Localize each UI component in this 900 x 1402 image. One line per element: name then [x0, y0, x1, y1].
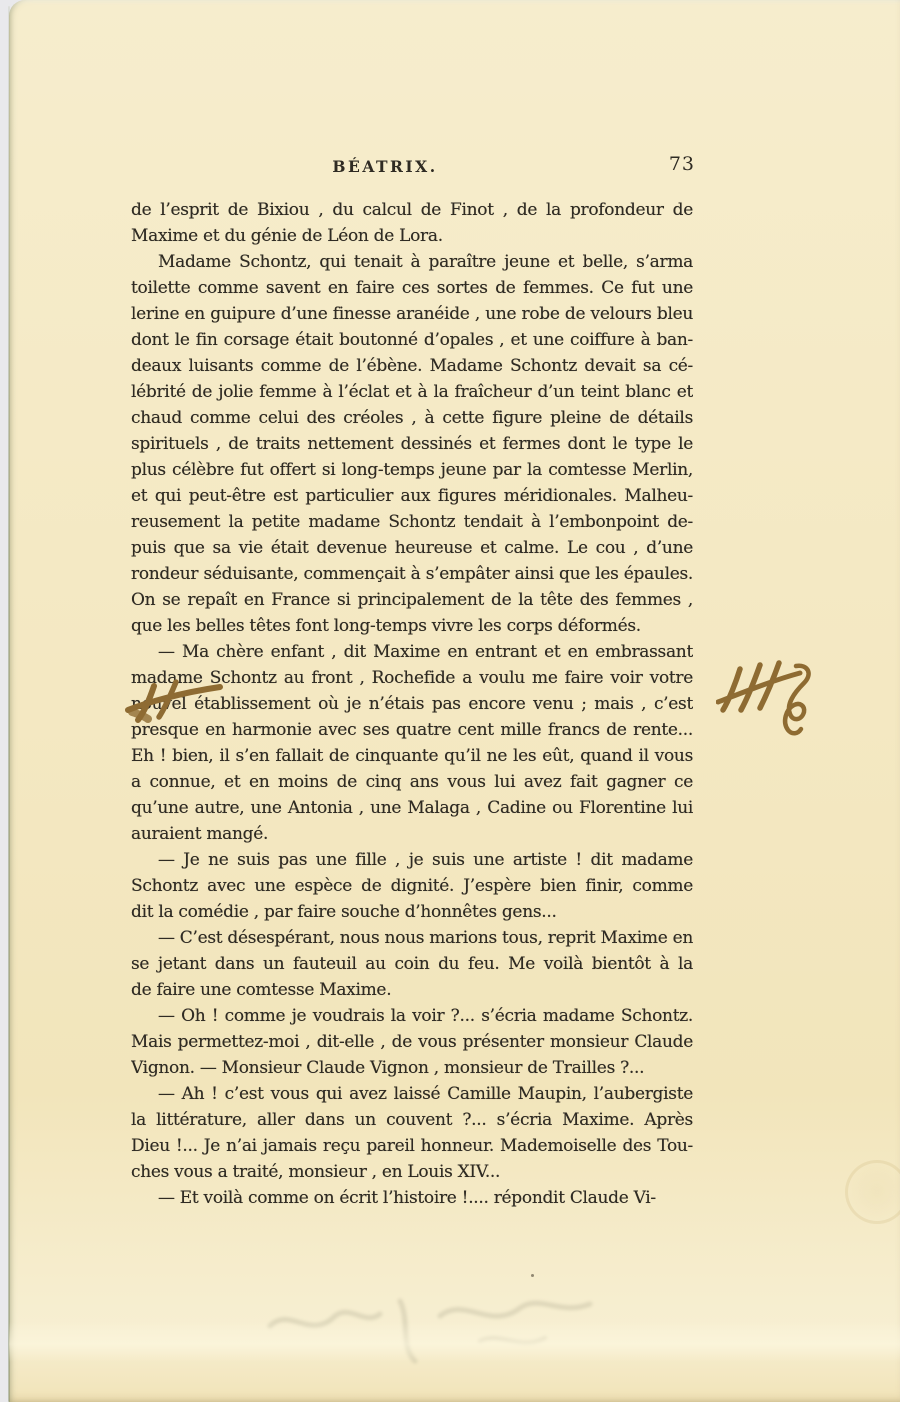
- text-line: Maxime et du génie de Léon de Lora.: [131, 223, 693, 249]
- text-line: Dieu !... Je n’ai jamais reçu pareil hon…: [131, 1133, 693, 1159]
- text-line: chaud comme celui des créoles , à cette …: [131, 405, 693, 431]
- paragraph: — Oh ! comme je voudrais la voir ?... s’…: [131, 1003, 693, 1081]
- text-line: de faire une comtesse Maxime.: [131, 977, 693, 1003]
- running-header: BÉATRIX. 73: [131, 153, 695, 185]
- text-line: — Et voilà comme on écrit l’histoire !..…: [131, 1185, 693, 1211]
- page-number: 73: [669, 153, 695, 175]
- text-line: deaux luisants comme de l’ébène. Madame …: [131, 353, 693, 379]
- text-line: qu’une autre, une Antonia , une Malaga ,…: [131, 795, 693, 821]
- text-line: se jetant dans un fauteuil au coin du fe…: [131, 951, 693, 977]
- text-line: nouvel établissement où je n’étais pas e…: [131, 691, 693, 717]
- text-line: de l’esprit de Bixiou , du calcul de Fin…: [131, 197, 693, 223]
- text-line: lerine en guipure d’une finesse aranéide…: [131, 301, 693, 327]
- text-line: — Ma chère enfant , dit Maxime en entran…: [131, 639, 693, 665]
- text-line: — Oh ! comme je voudrais la voir ?... s’…: [131, 1003, 693, 1029]
- paragraph: — Ma chère enfant , dit Maxime en entran…: [131, 639, 693, 847]
- text-line: plus célèbre fut offert si long-temps je…: [131, 457, 693, 483]
- text-line: et qui peut-être est particulier aux fig…: [131, 483, 693, 509]
- header-title: BÉATRIX.: [103, 157, 667, 176]
- text-line: Eh ! bien, il s’en fallait de cinquante …: [131, 743, 693, 769]
- paragraph: de l’esprit de Bixiou , du calcul de Fin…: [131, 197, 693, 249]
- scanned-page: BÉATRIX. 73 de l’esprit de Bixiou , du c…: [0, 0, 900, 1402]
- ink-speck: [531, 1274, 534, 1277]
- paragraph: — Ah ! c’est vous qui avez laissé Camill…: [131, 1081, 693, 1185]
- text-line: que les belles têtes font long-temps viv…: [131, 613, 693, 639]
- text-line: reusement la petite madame Schontz tenda…: [131, 509, 693, 535]
- text-line: spirituels , de traits nettement dessiné…: [131, 431, 693, 457]
- text-line: On se repaît en France si principalement…: [131, 587, 693, 613]
- paragraph: Madame Schontz, qui tenait à paraître je…: [131, 249, 693, 639]
- text-line: Madame Schontz, qui tenait à paraître je…: [131, 249, 693, 275]
- text-line: presque en harmonie avec ses quatre cent…: [131, 717, 693, 743]
- text-line: a connue, et en moins de cinq ans vous l…: [131, 769, 693, 795]
- paragraph: — C’est désespérant, nous nous marions t…: [131, 925, 693, 1003]
- text-line: lébrité de jolie femme à l’éclat et à la…: [131, 379, 693, 405]
- text-line: ches vous a traité, monsieur , en Louis …: [131, 1159, 693, 1185]
- paper-stain: [845, 1160, 900, 1224]
- text-line: — Ah ! c’est vous qui avez laissé Camill…: [131, 1081, 693, 1107]
- text-line: Schontz avec une espèce de dignité. J’es…: [131, 873, 693, 899]
- paragraph: — Et voilà comme on écrit l’histoire !..…: [131, 1185, 693, 1211]
- text-line: la littérature, aller dans un couvent ?.…: [131, 1107, 693, 1133]
- text-line: dont le fin corsage était boutonné d’opa…: [131, 327, 693, 353]
- text-line: rondeur séduisante, commençait à s’empât…: [131, 561, 693, 587]
- text-line: Mais permettez-moi , dit-elle , de vous …: [131, 1029, 693, 1055]
- text-line: toilette comme savent en faire ces sorte…: [131, 275, 693, 301]
- text-line: puis que sa vie était devenue heureuse e…: [131, 535, 693, 561]
- text-line: auraient mangé.: [131, 821, 693, 847]
- text-line: — C’est désespérant, nous nous marions t…: [131, 925, 693, 951]
- paragraph: — Je ne suis pas une fille , je suis une…: [131, 847, 693, 925]
- text-block: de l’esprit de Bixiou , du calcul de Fin…: [131, 197, 693, 1211]
- text-line: Vignon. — Monsieur Claude Vignon , monsi…: [131, 1055, 693, 1081]
- text-line: madame Schontz au front , Rochefide a vo…: [131, 665, 693, 691]
- page-left-edge: [8, 6, 10, 1402]
- text-line: — Je ne suis pas une fille , je suis une…: [131, 847, 693, 873]
- scan-curvature-highlight: [9, 1322, 900, 1362]
- text-line: dit la comédie , par faire souche d’honn…: [131, 899, 693, 925]
